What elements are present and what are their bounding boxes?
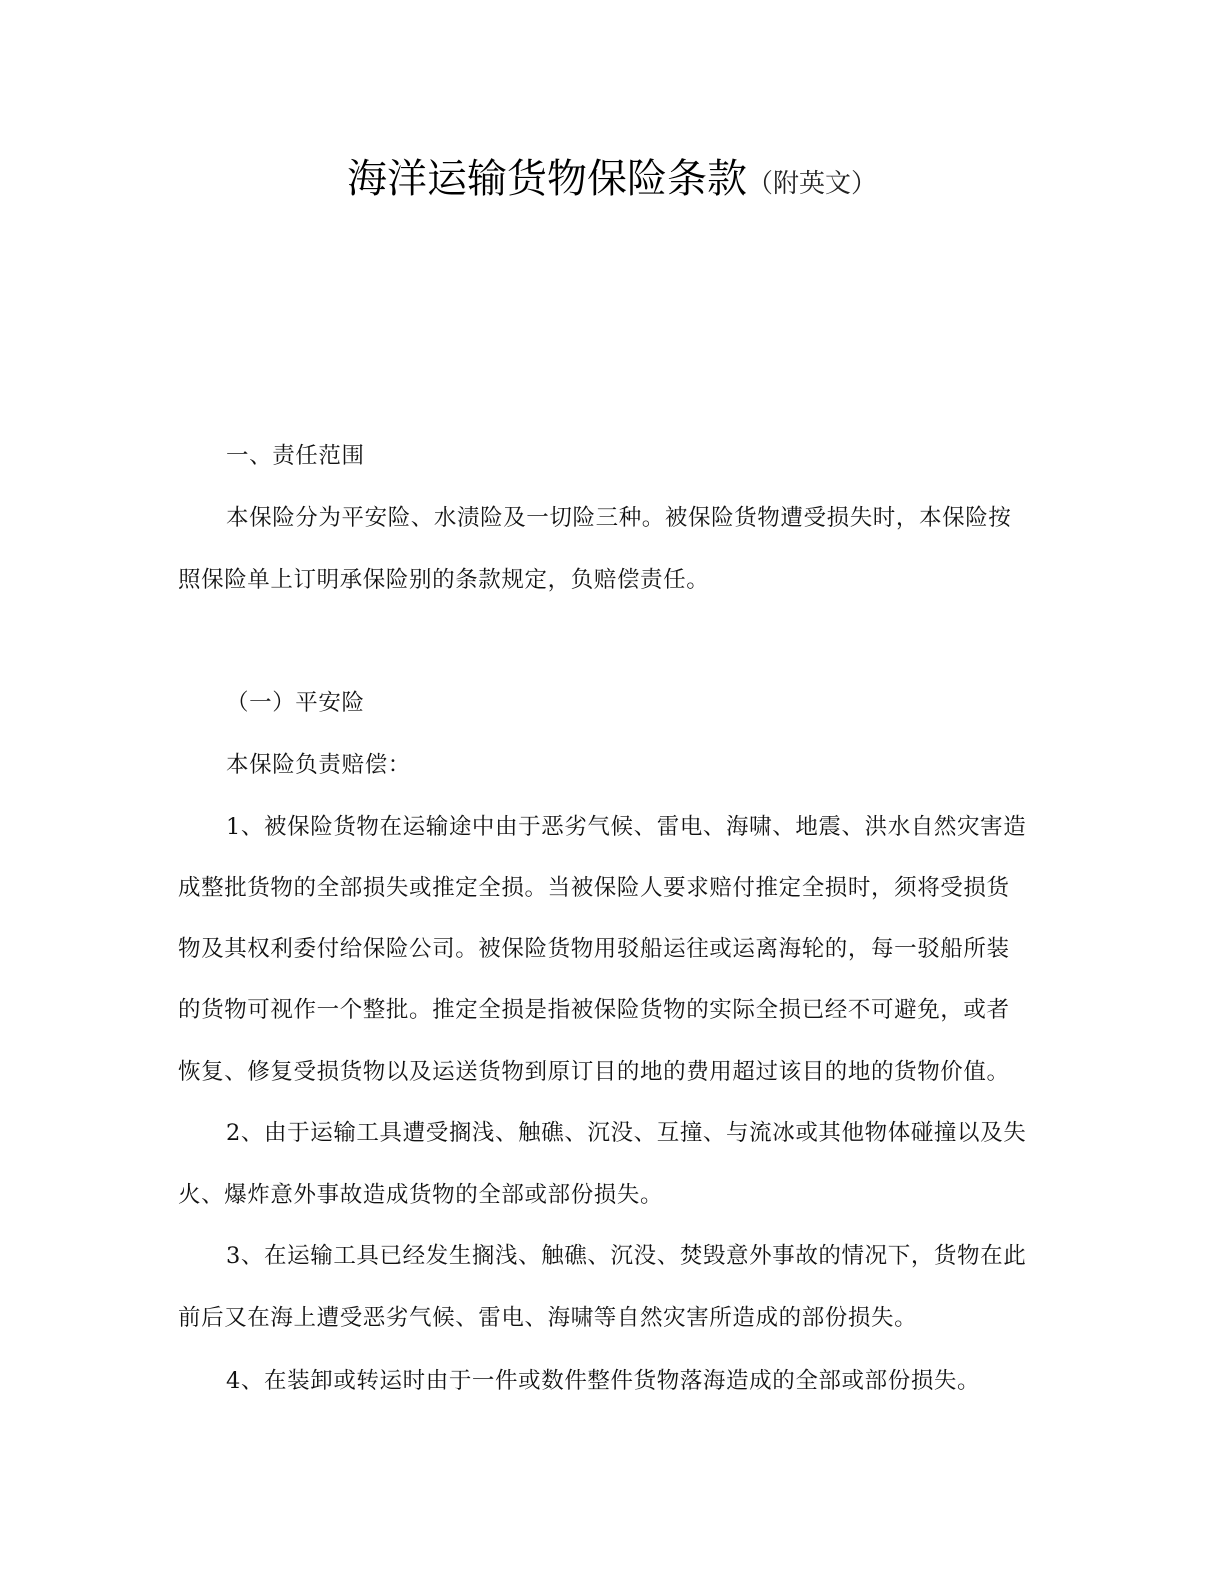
clause-line: 4、在装卸或转运时由于一件或数件整件货物落海造成的全部或部份损失。 <box>226 1366 1096 1396</box>
clause-line: 3、在运输工具已经发生搁浅、触礁、沉没、焚毁意外事故的情况下，货物在此 <box>226 1241 1096 1271</box>
clause-line: 恢复、修复受损货物以及运送货物到原订目的地的费用超过该目的地的货物价值。 <box>178 1057 1048 1087</box>
clause-line: 2、由于运输工具遭受搁浅、触礁、沉没、互撞、与流冰或其他物体碰撞以及失 <box>226 1118 1096 1148</box>
section-heading: 一、责任范围 <box>226 441 1096 471</box>
clause-line: 物及其权利委付给保险公司。被保险货物用驳船运往或运离海轮的，每一驳船所装 <box>178 934 1048 964</box>
paragraph-line: 本保险负责赔偿： <box>226 750 1096 780</box>
clause-line: 1、被保险货物在运输途中由于恶劣气候、雷电、海啸、地震、洪水自然灾害造 <box>226 812 1096 842</box>
paragraph-line: 本保险分为平安险、水渍险及一切险三种。被保险货物遭受损失时，本保险按 <box>226 503 1096 533</box>
subsection-heading: （一）平安险 <box>226 688 1096 718</box>
clause-line: 火、爆炸意外事故造成货物的全部或部份损失。 <box>178 1180 1048 1210</box>
clause-line: 成整批货物的全部损失或推定全损。当被保险人要求赔付推定全损时，须将受损货 <box>178 873 1048 903</box>
title-main: 海洋运输货物保险条款 <box>347 156 747 202</box>
clause-line: 的货物可视作一个整批。推定全损是指被保险货物的实际全损已经不可避免，或者 <box>178 995 1048 1025</box>
clause-line: 前后又在海上遭受恶劣气候、雷电、海啸等自然灾害所造成的部份损失。 <box>178 1303 1048 1333</box>
document-title: 海洋运输货物保险条款（附英文） <box>0 147 1224 204</box>
title-suffix: （附英文） <box>747 169 877 199</box>
paragraph-line: 照保险单上订明承保险别的条款规定，负赔偿责任。 <box>178 565 1048 595</box>
